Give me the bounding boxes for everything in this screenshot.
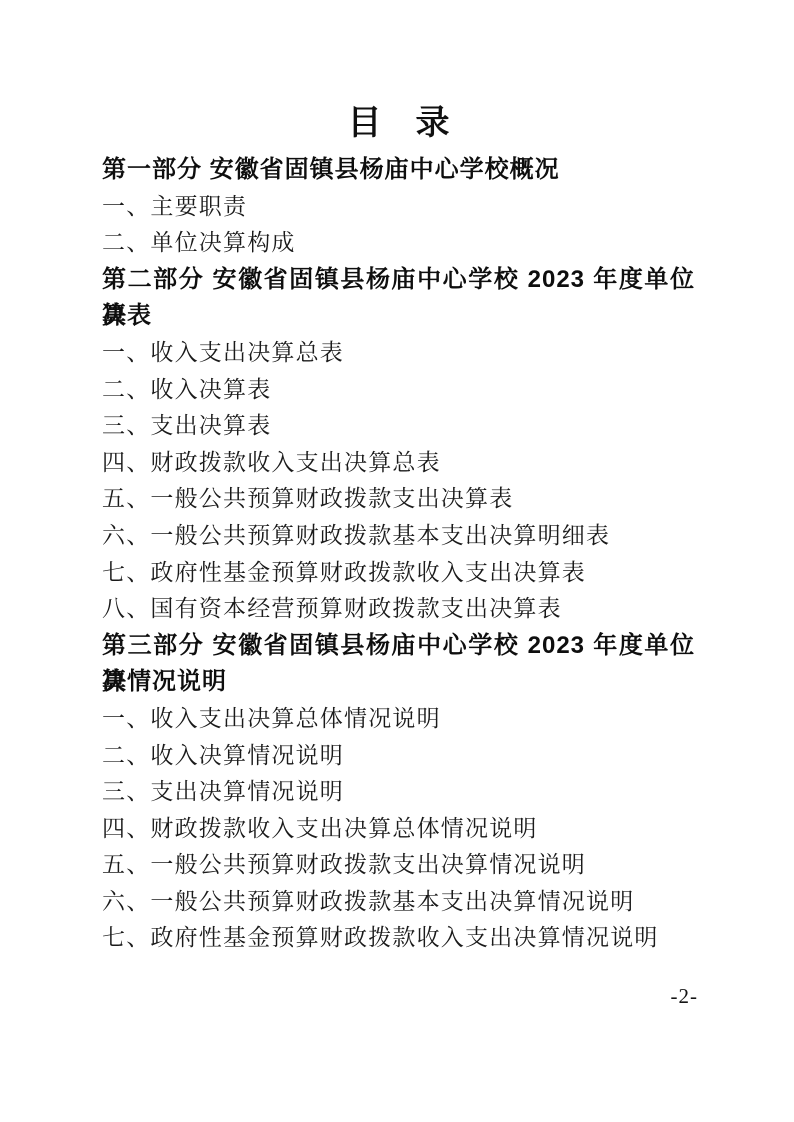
page-number: -2-	[671, 984, 699, 1009]
toc-line: 五、一般公共预算财政拨款支出决算情况说明	[102, 847, 695, 884]
toc-line: 一、主要职责	[102, 189, 695, 226]
toc-line: 第二部分 安徽省固镇县杨庙中心学校 2023 年度单位决	[102, 262, 695, 299]
toc-line: 算表	[102, 298, 695, 335]
toc-line: 七、政府性基金预算财政拨款收入支出决算表	[102, 555, 695, 592]
toc-line: 第一部分 安徽省固镇县杨庙中心学校概况	[102, 152, 695, 189]
toc-line: 一、收入支出决算总表	[102, 335, 695, 372]
toc-line: 四、财政拨款收入支出决算总体情况说明	[102, 811, 695, 848]
toc-line: 八、国有资本经营预算财政拨款支出决算表	[102, 591, 695, 628]
toc-line: 二、收入决算表	[102, 372, 695, 409]
toc-line: 六、一般公共预算财政拨款基本支出决算明细表	[102, 518, 695, 555]
toc-line: 第三部分 安徽省固镇县杨庙中心学校 2023 年度单位决	[102, 628, 695, 665]
toc-line: 六、一般公共预算财政拨款基本支出决算情况说明	[102, 884, 695, 921]
toc-line: 算情况说明	[102, 664, 695, 701]
toc-list: 第一部分 安徽省固镇县杨庙中心学校概况一、主要职责二、单位决算构成第二部分 安徽…	[102, 152, 695, 957]
toc-content: 目 录 第一部分 安徽省固镇县杨庙中心学校概况一、主要职责二、单位决算构成第二部…	[102, 100, 695, 957]
toc-line: 二、单位决算构成	[102, 225, 695, 262]
toc-line: 一、收入支出决算总体情况说明	[102, 701, 695, 738]
toc-line: 四、财政拨款收入支出决算总表	[102, 445, 695, 482]
toc-line: 七、政府性基金预算财政拨款收入支出决算情况说明	[102, 920, 695, 957]
toc-line: 三、支出决算表	[102, 408, 695, 445]
toc-line: 三、支出决算情况说明	[102, 774, 695, 811]
toc-line: 二、收入决算情况说明	[102, 738, 695, 775]
toc-line: 五、一般公共预算财政拨款支出决算表	[102, 481, 695, 518]
document-page: 目 录 第一部分 安徽省固镇县杨庙中心学校概况一、主要职责二、单位决算构成第二部…	[0, 0, 794, 1122]
page-title: 目 录	[102, 100, 695, 152]
